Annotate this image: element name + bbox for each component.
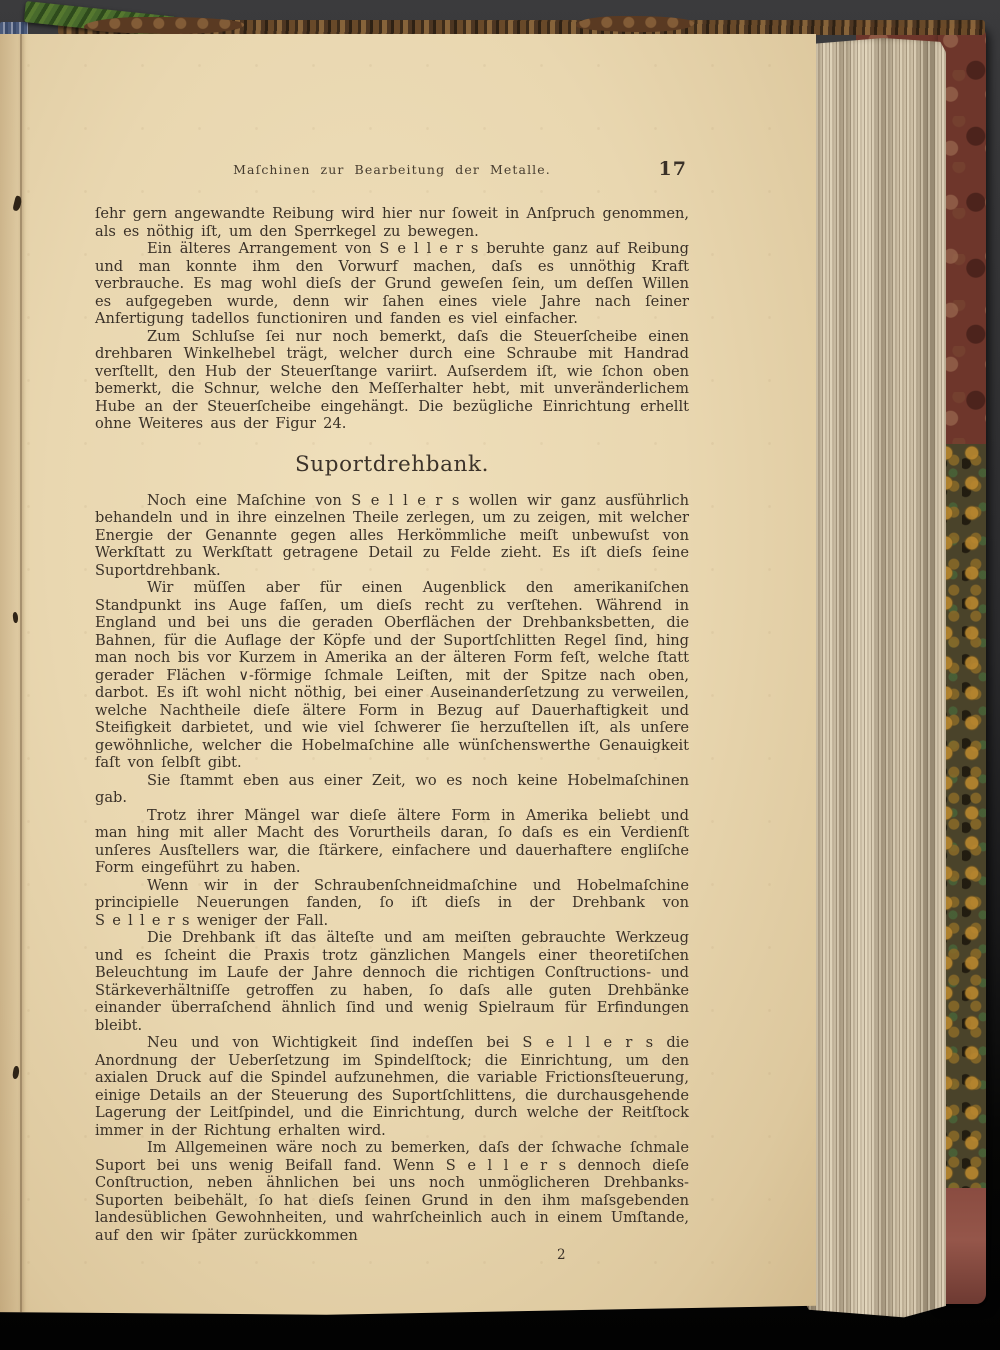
section-heading: Suportdrehbank. [95, 452, 689, 477]
book-page: Maſchinen zur Bearbeitung der Metalle. 1… [0, 34, 816, 1316]
fore-edge-page-stack [806, 38, 946, 1320]
paragraph: Zum Schluſse ſei nur noch bemerkt, daſs … [95, 328, 689, 433]
paragraph: Ein älteres Arrangement von S e l l e r … [95, 240, 689, 328]
gutter-shadow [0, 34, 30, 1316]
running-title: Maſchinen zur Bearbeitung der Metalle. [95, 162, 689, 177]
paragraph: Die Drehbank iſt das älteſte und am meiſ… [95, 929, 689, 1034]
paragraph: Trotz ihrer Mängel war dieſe ältere Form… [95, 807, 689, 877]
page-number: 17 [659, 158, 687, 180]
signature-mark: 2 [557, 1247, 577, 1263]
body-text: ſehr gern angewandte Reibung wird hier n… [95, 205, 689, 1263]
paragraph: Im Allgemeinen wäre noch zu bemerken, da… [95, 1139, 689, 1244]
gutter-crease [20, 34, 22, 1316]
screenshot-root: { "book_page": { "running_title": "Maſch… [0, 0, 1000, 1350]
printed-page-content: Maſchinen zur Bearbeitung der Metalle. 1… [95, 162, 689, 1263]
paragraph: Sie ſtammt eben aus einer Zeit, wo es no… [95, 772, 689, 807]
paragraph: ſehr gern angewandte Reibung wird hier n… [95, 205, 689, 240]
marbled-endpaper-fleck [0, 22, 28, 36]
paragraph: Neu und von Wichtigkeit ſind indeſſen be… [95, 1034, 689, 1139]
running-head: Maſchinen zur Bearbeitung der Metalle. 1… [95, 162, 689, 184]
worn-leather-edge [84, 17, 244, 34]
paragraph: Wenn wir in der Schraubenſchneidmaſchine… [95, 877, 689, 930]
paragraph: Noch eine Maſchine von S e l l e r s wol… [95, 492, 689, 580]
worn-leather-edge [576, 16, 694, 32]
paragraph: Wir müſſen aber für einen Augenblick den… [95, 579, 689, 772]
